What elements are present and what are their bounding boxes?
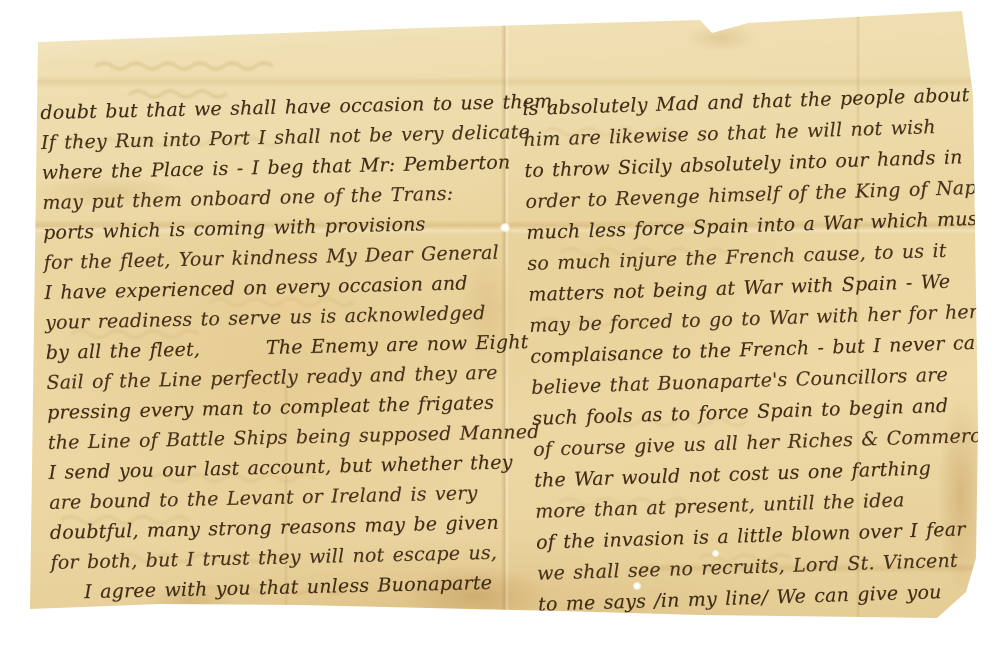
right-page-text: is absolutely Mad and that the people ab… [522,80,994,621]
letter-paper: doubt but that we shall have occasion to… [0,0,1000,645]
ghost-inscription-line [96,63,272,69]
photo-background: doubt but that we shall have occasion to… [0,0,1000,645]
left-page-text: doubt but that we shall have occasion to… [40,88,513,608]
